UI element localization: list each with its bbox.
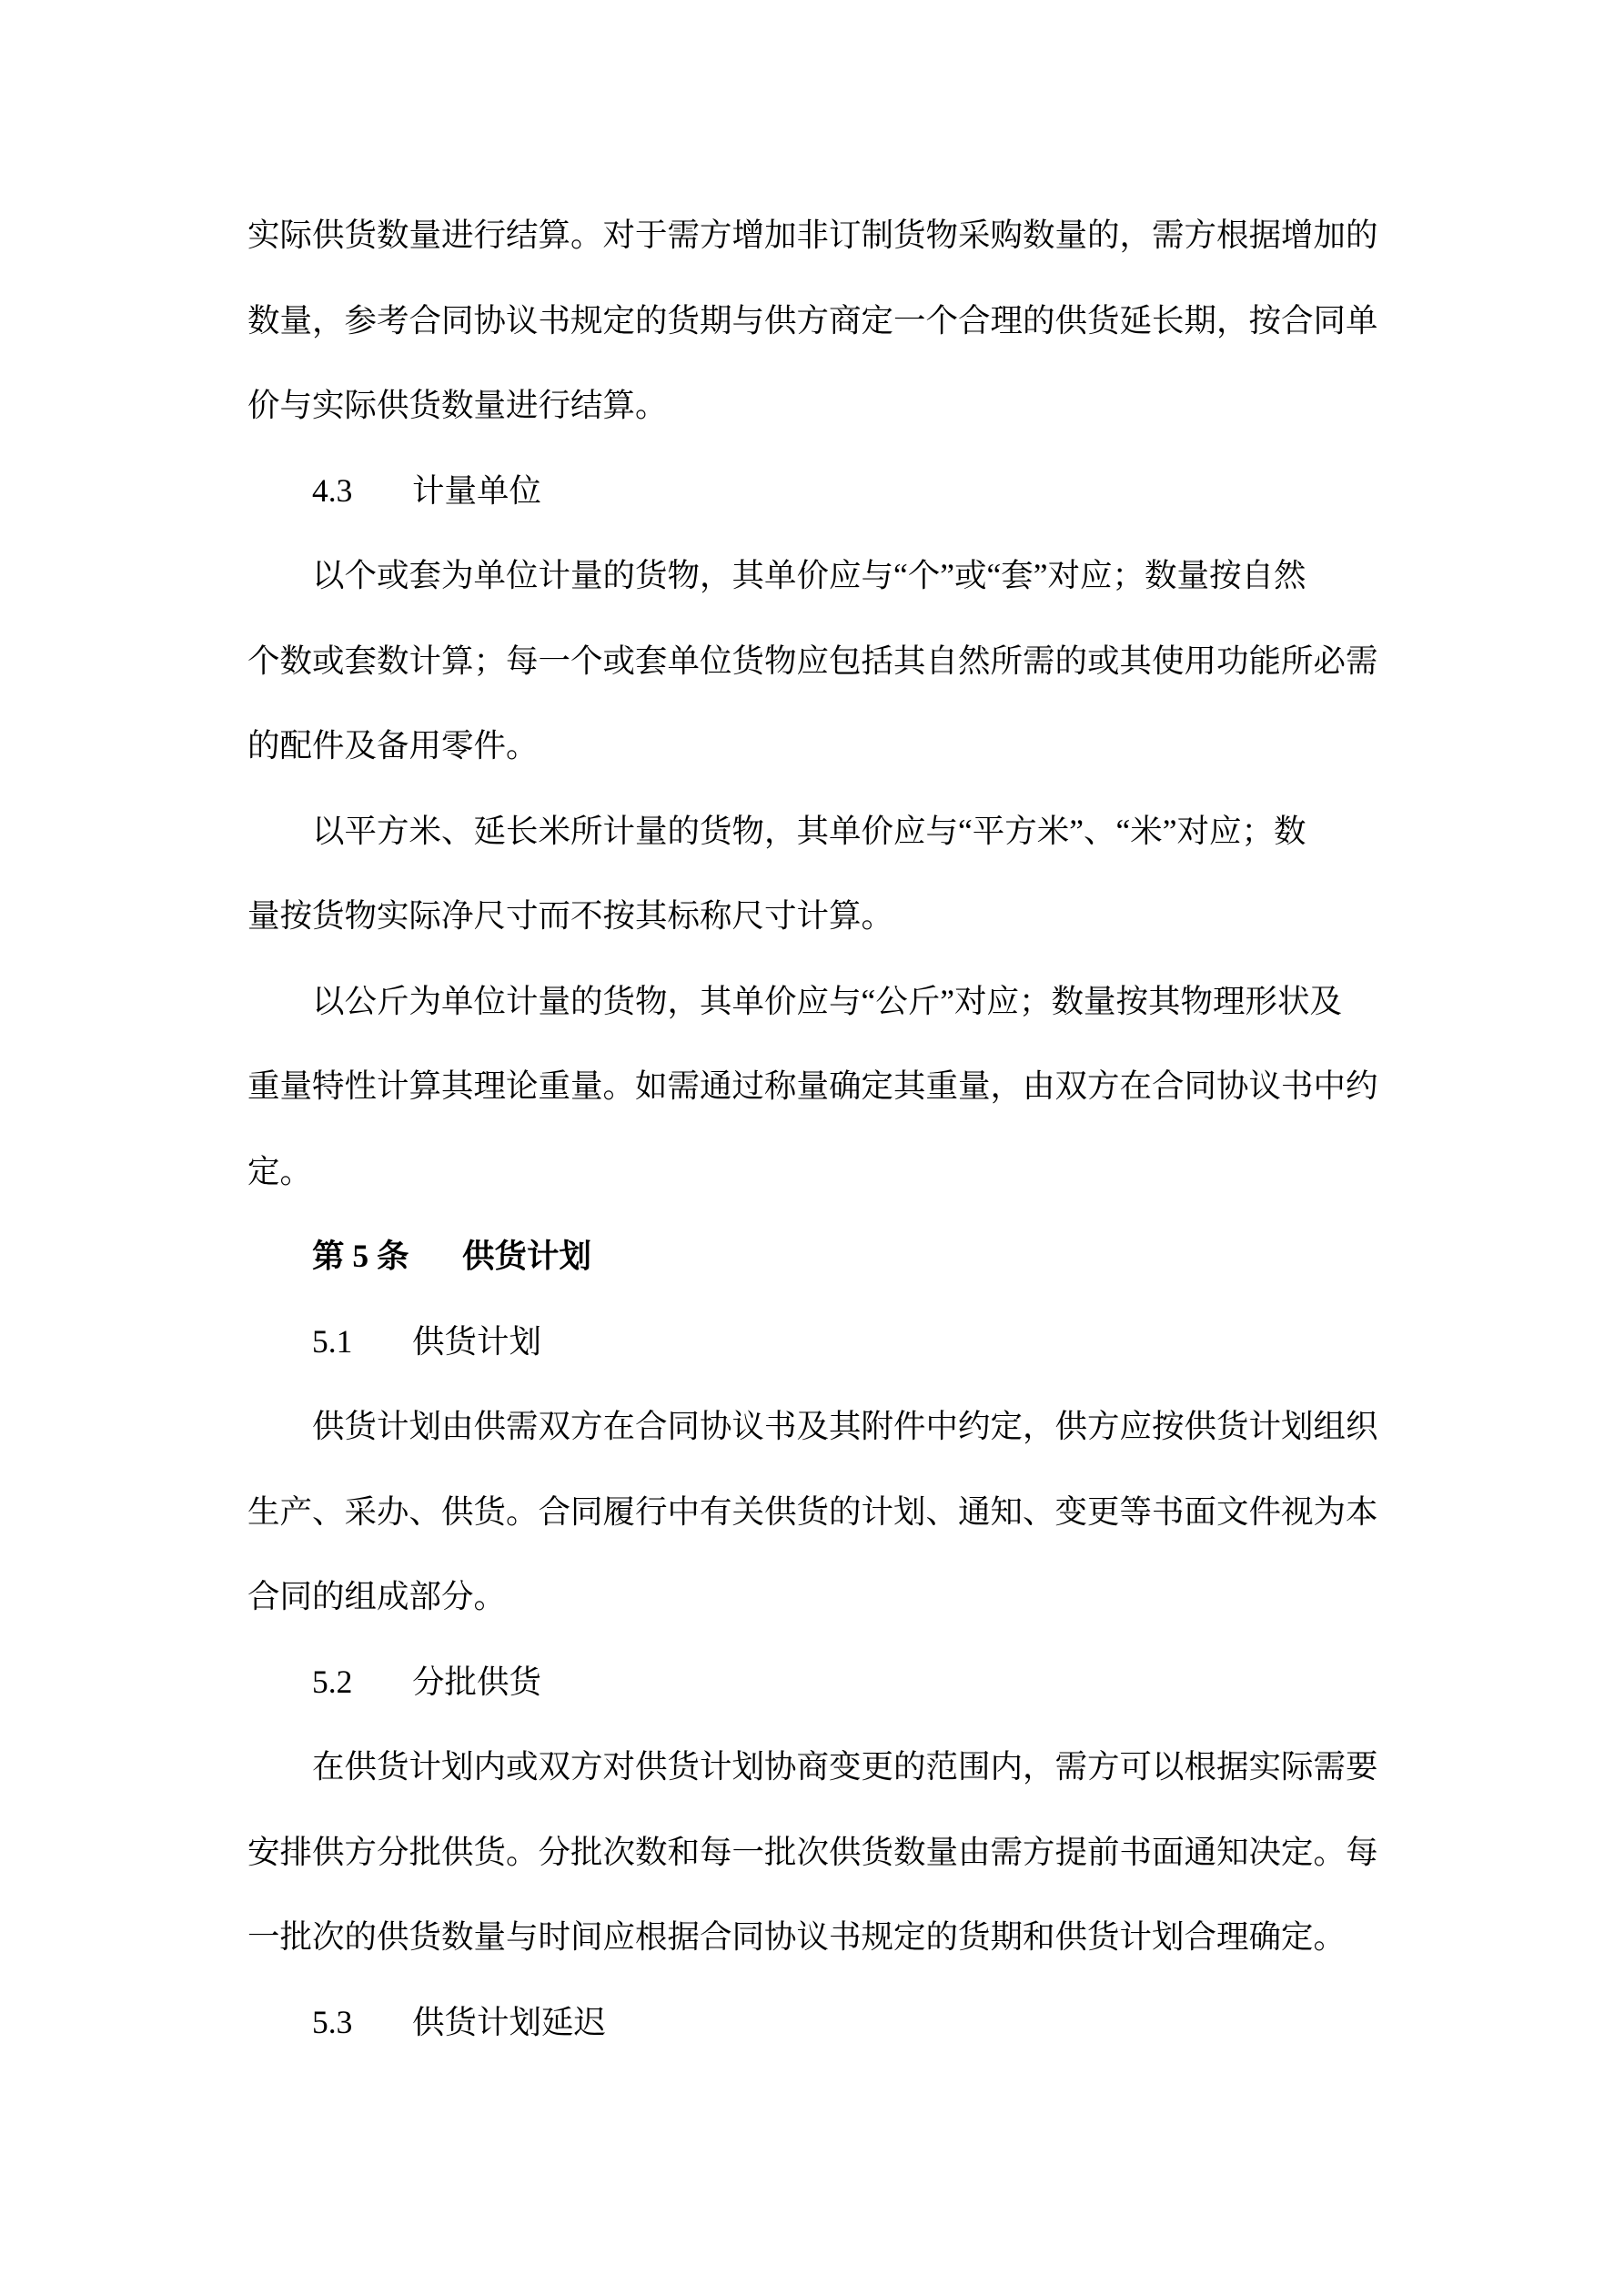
paragraph-unit-square-meter: 以平方米、延长米所计量的货物，其单价应与“平方米”、“米”对应；数 量按货物实际… (247, 789, 1385, 959)
paragraph-supply-plan: 供货计划由供需双方在合同协议书及其附件中约定，供方应按供货计划组织 生产、采办、… (247, 1384, 1385, 1640)
section-number: 5.2 (312, 1640, 378, 1725)
section-heading-5-3: 5.3供货计划延迟 (247, 1980, 1385, 2066)
paragraph-batch-supply: 在供货计划内或双方对供货计划协商变更的范围内，需方可以根据实际需要 安排供方分批… (247, 1725, 1385, 1980)
article-heading-5: 第 5 条供货计划 (247, 1214, 1385, 1300)
section-title: 供货计划 (412, 1323, 541, 1360)
section-heading-5-1: 5.1供货计划 (247, 1300, 1385, 1385)
paragraph-settlement-continuation: 实际供货数量进行结算。对于需方增加非订制货物采购数量的，需方根据增加的 数量，参… (247, 193, 1385, 449)
article-number: 第 5 条 (312, 1214, 409, 1300)
paragraph-unit-kilogram: 以公斤为单位计量的货物，其单价应与“公斤”对应；数量按其物理形状及 重量特性计算… (247, 959, 1385, 1215)
section-number: 5.3 (312, 1980, 378, 2066)
article-title: 供货计划 (462, 1238, 591, 1274)
section-number: 5.1 (312, 1300, 378, 1385)
paragraph-unit-piece-set: 以个或套为单位计量的货物，其单价应与“个”或“套”对应；数量按自然 个数或套数计… (247, 533, 1385, 789)
document-body: 实际供货数量进行结算。对于需方增加非订制货物采购数量的，需方根据增加的 数量，参… (247, 193, 1385, 2065)
section-heading-4-3: 4.3计量单位 (247, 449, 1385, 534)
section-title: 供货计划延迟 (412, 2004, 606, 2040)
section-title: 计量单位 (412, 472, 541, 509)
section-number: 4.3 (312, 449, 378, 534)
section-title: 分批供货 (412, 1664, 541, 1700)
document-page: 实际供货数量进行结算。对于需方增加非订制货物采购数量的，需方根据增加的 数量，参… (0, 0, 1624, 2296)
section-heading-5-2: 5.2分批供货 (247, 1640, 1385, 1725)
